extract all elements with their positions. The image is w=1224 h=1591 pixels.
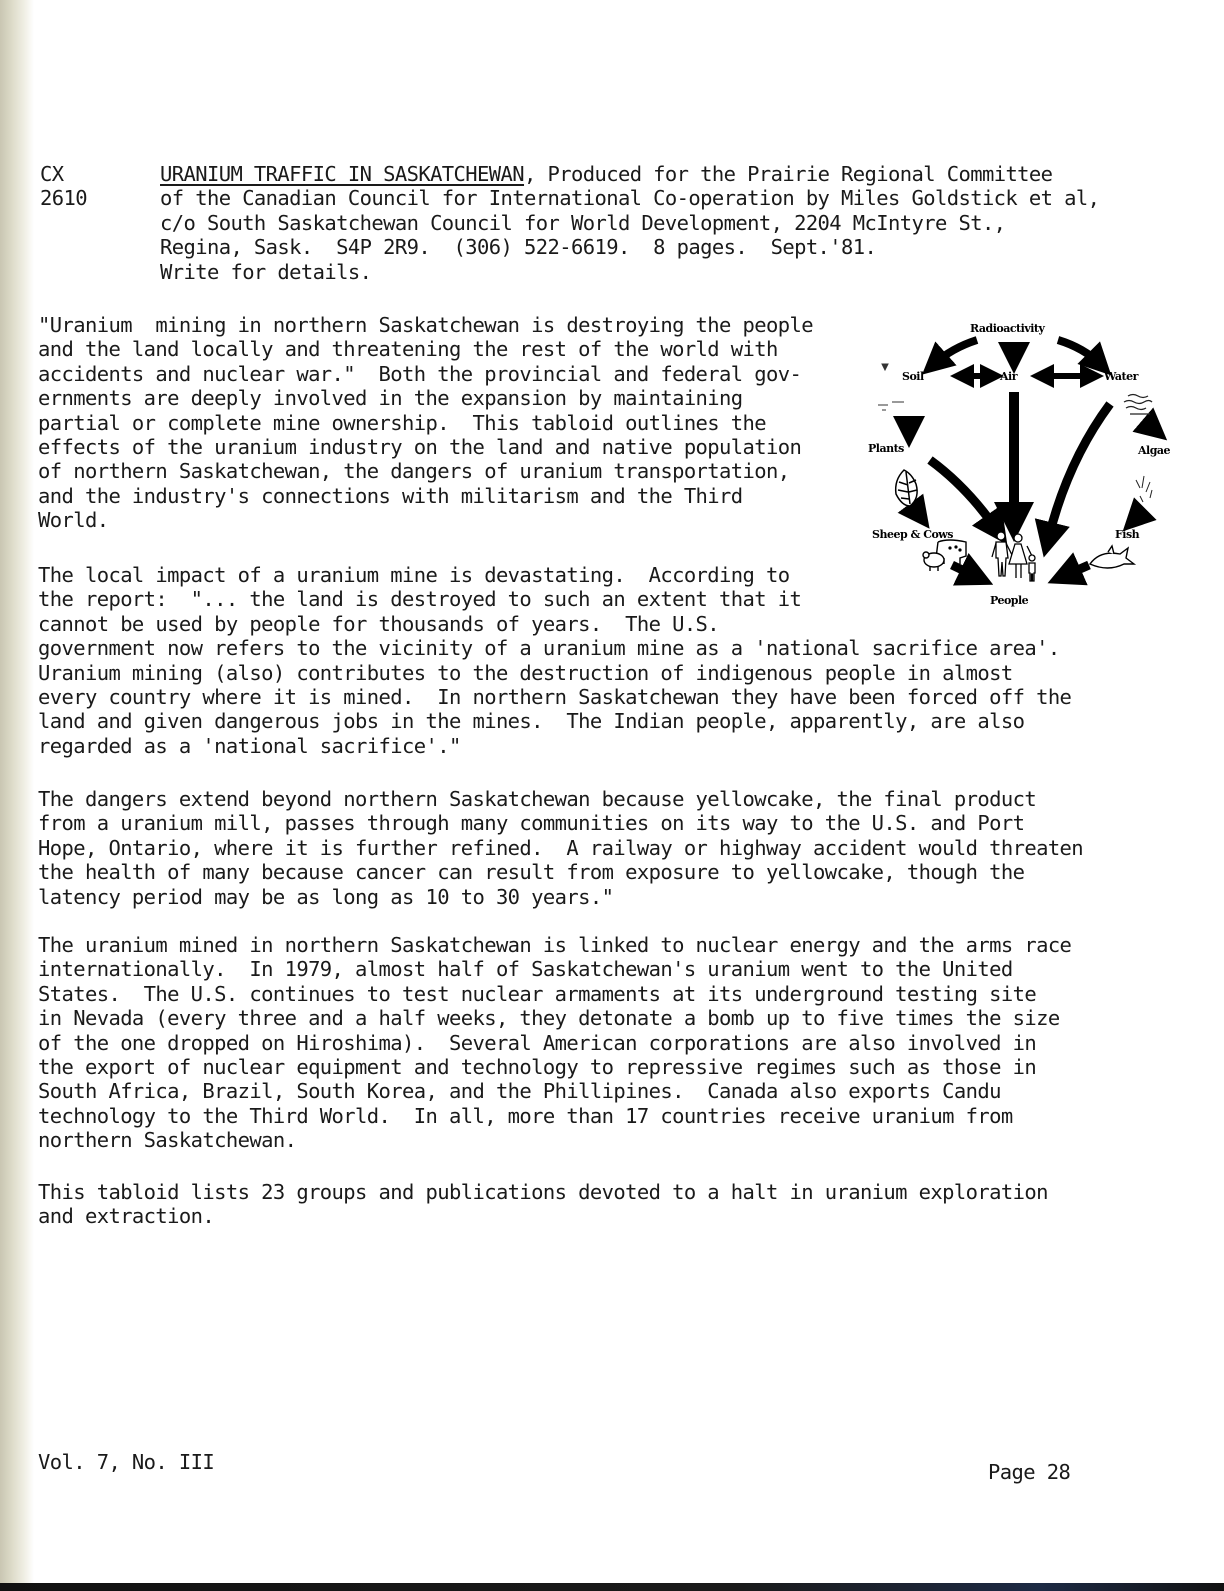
diagram-label-water: Water	[1104, 370, 1138, 383]
diagram-label-soil: Soil	[902, 370, 924, 383]
scan-spine-shadow	[0, 0, 34, 1591]
fish-icon	[1090, 546, 1134, 568]
scan-bottom-edge	[0, 1583, 1224, 1591]
diagram-label-algae: Algae	[1138, 444, 1170, 457]
page-number: Page 28	[988, 1460, 1070, 1484]
pathway-arrows	[852, 312, 1172, 612]
paragraph-intro: "Uranium mining in northern Saskatchewan…	[38, 313, 813, 533]
diagram-label-sheep-cows: Sheep & Cows	[872, 528, 953, 541]
family-icon	[992, 532, 1035, 581]
diagram-label-radioactivity: Radioactivity	[970, 322, 1044, 335]
diagram-label-plants: Plants	[868, 442, 904, 455]
algae-icon	[1136, 476, 1152, 502]
catalog-code: CX 2610	[40, 162, 87, 211]
radioactivity-pathway-diagram: Radioactivity Soil Air Water Plants Alga…	[852, 312, 1172, 612]
paragraph-transport-dangers: The dangers extend beyond northern Saska…	[38, 787, 1083, 909]
plant-leaf-icon	[896, 470, 917, 506]
entry-title: URANIUM TRAFFIC IN SASKATCHEWAN	[160, 162, 524, 186]
paragraph-militarism: The uranium mined in northern Saskatchew…	[38, 933, 1071, 1153]
soil-icon	[878, 364, 904, 410]
water-waves-icon	[1124, 395, 1152, 415]
paragraph-groups: This tabloid lists 23 groups and publica…	[38, 1180, 1048, 1229]
diagram-label-fish: Fish	[1115, 528, 1139, 541]
citation-block: URANIUM TRAFFIC IN SASKATCHEWAN, Produce…	[160, 162, 1099, 284]
volume-number: Vol. 7, No. III	[38, 1450, 214, 1474]
diagram-label-air: Air	[1000, 370, 1017, 383]
diagram-label-people: People	[990, 594, 1028, 607]
